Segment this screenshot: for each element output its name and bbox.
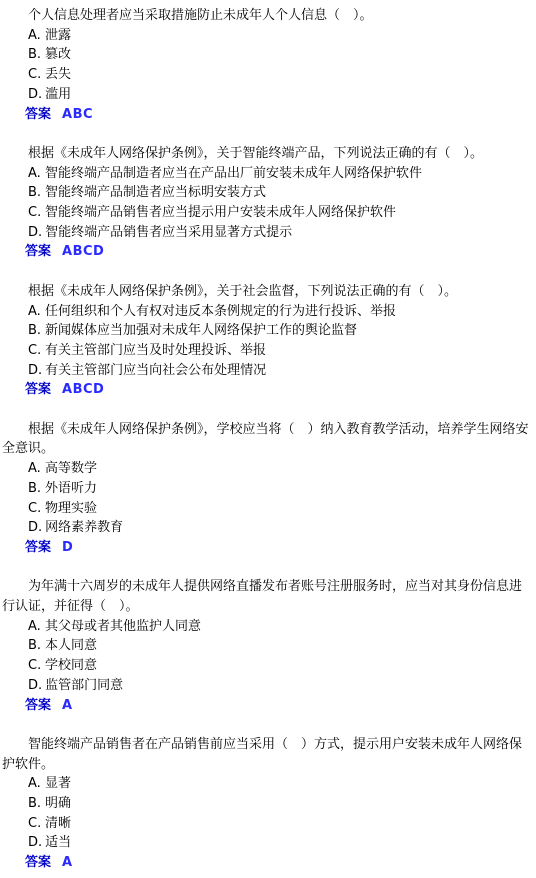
option-text: 篡改: [45, 47, 71, 62]
option-letter: B.: [28, 794, 42, 814]
answer-value: ABCD: [62, 244, 104, 259]
option-line: B.本人同意: [2, 636, 532, 656]
option-letter: D.: [28, 223, 42, 243]
option-letter: A.: [28, 164, 42, 184]
option-text: 网络素养教育: [45, 520, 123, 535]
options-list: A.智能终端产品制造者应当在产品出厂前安装未成年人网络保护软件 B.智能终端产品…: [2, 164, 532, 243]
option-text: 智能终端产品销售者应当提示用户安装未成年人网络保护软件: [45, 205, 396, 220]
option-line: B.智能终端产品制造者应当标明安装方式: [2, 183, 532, 203]
option-line: D.有关主管部门应当向社会公布处理情况: [2, 361, 532, 381]
option-letter: A.: [28, 459, 42, 479]
option-text: 适当: [45, 835, 71, 850]
option-line: C.丢失: [2, 65, 532, 85]
answer-line: 答案D: [2, 538, 532, 558]
option-text: 任何组织和个人有权对违反本条例规定的行为进行投诉、举报: [45, 304, 396, 319]
option-text: 本人同意: [45, 638, 97, 653]
answer-line: 答案ABC: [2, 105, 532, 125]
question-block: 根据《未成年人网络保护条例》，关于社会监督，下列说法正确的有（ ）。 A.任何组…: [2, 282, 532, 400]
option-line: A.智能终端产品制造者应当在产品出厂前安装未成年人网络保护软件: [2, 164, 532, 184]
options-list: A.其父母或者其他监护人同意 B.本人同意 C.学校同意 D.监管部门同意: [2, 617, 532, 696]
option-line: A.高等数学: [2, 459, 532, 479]
question-text: 个人信息处理者应当采取措施防止未成年人个人信息（ ）。: [2, 6, 532, 26]
option-letter: A.: [28, 617, 42, 637]
option-letter: C.: [28, 814, 42, 834]
option-line: D.网络素养教育: [2, 518, 532, 538]
option-line: A.其父母或者其他监护人同意: [2, 617, 532, 637]
option-letter: C.: [28, 341, 42, 361]
answer-value: D: [62, 540, 73, 555]
option-letter: C.: [28, 656, 42, 676]
option-letter: A.: [28, 774, 42, 794]
option-letter: C.: [28, 203, 42, 223]
question-text: 根据《未成年人网络保护条例》，学校应当将（ ）纳入教育教学活动，培养学生网络安全…: [2, 420, 532, 459]
question-block: 为年满十六周岁的未成年人提供网络直播发布者账号注册服务时，应当对其身份信息进行认…: [2, 577, 532, 715]
option-letter: B.: [28, 479, 42, 499]
option-text: 有关主管部门应当向社会公布处理情况: [45, 363, 266, 378]
option-letter: D.: [28, 676, 42, 696]
options-list: A.任何组织和个人有权对违反本条例规定的行为进行投诉、举报 B.新闻媒体应当加强…: [2, 302, 532, 381]
option-text: 监管部门同意: [45, 678, 123, 693]
option-line: D.监管部门同意: [2, 676, 532, 696]
answer-label: 答案: [25, 855, 51, 870]
option-text: 明确: [45, 796, 71, 811]
answer-label: 答案: [25, 698, 51, 713]
answer-line: 答案ABCD: [2, 242, 532, 262]
option-letter: A.: [28, 302, 42, 322]
document-body: 个人信息处理者应当采取措施防止未成年人个人信息（ ）。 A.泄露 B.篡改 C.…: [0, 0, 534, 873]
option-letter: D.: [28, 833, 42, 853]
option-letter: C.: [28, 499, 42, 519]
option-letter: B.: [28, 636, 42, 656]
question-text: 为年满十六周岁的未成年人提供网络直播发布者账号注册服务时，应当对其身份信息进行认…: [2, 577, 532, 616]
option-letter: B.: [28, 183, 42, 203]
option-letter: B.: [28, 321, 42, 341]
option-line: C.物理实验: [2, 499, 532, 519]
option-text: 学校同意: [45, 658, 97, 673]
answer-label: 答案: [25, 540, 51, 555]
option-text: 外语听力: [45, 481, 97, 496]
options-list: A.泄露 B.篡改 C.丢失 D.滥用: [2, 26, 532, 105]
answer-value: ABCD: [62, 382, 104, 397]
option-line: D.滥用: [2, 85, 532, 105]
option-letter: A.: [28, 26, 42, 46]
option-text: 智能终端产品制造者应当在产品出厂前安装未成年人网络保护软件: [45, 166, 422, 181]
question-block: 根据《未成年人网络保护条例》，关于智能终端产品，下列说法正确的有（ ）。 A.智…: [2, 144, 532, 262]
option-line: A.泄露: [2, 26, 532, 46]
option-letter: D.: [28, 361, 42, 381]
option-text: 新闻媒体应当加强对未成年人网络保护工作的舆论监督: [45, 323, 357, 338]
answer-label: 答案: [25, 107, 51, 122]
question-text: 根据《未成年人网络保护条例》，关于智能终端产品，下列说法正确的有（ ）。: [2, 144, 532, 164]
option-letter: D.: [28, 518, 42, 538]
answer-line: 答案A: [2, 853, 532, 873]
option-line: A.任何组织和个人有权对违反本条例规定的行为进行投诉、举报: [2, 302, 532, 322]
option-line: B.篡改: [2, 45, 532, 65]
option-letter: B.: [28, 45, 42, 65]
option-text: 丢失: [45, 67, 71, 82]
option-text: 智能终端产品销售者应当采用显著方式提示: [45, 225, 292, 240]
option-text: 其父母或者其他监护人同意: [45, 619, 201, 634]
option-text: 显著: [45, 776, 71, 791]
question-text: 根据《未成年人网络保护条例》，关于社会监督，下列说法正确的有（ ）。: [2, 282, 532, 302]
option-line: B.外语听力: [2, 479, 532, 499]
option-letter: D.: [28, 85, 42, 105]
options-list: A.显著 B.明确 C.清晰 D.适当: [2, 774, 532, 853]
question-block: 智能终端产品销售者在产品销售前应当采用（ ）方式，提示用户安装未成年人网络保护软…: [2, 735, 532, 873]
options-list: A.高等数学 B.外语听力 C.物理实验 D.网络素养教育: [2, 459, 532, 538]
answer-value: A: [62, 698, 73, 713]
option-line: B.新闻媒体应当加强对未成年人网络保护工作的舆论监督: [2, 321, 532, 341]
option-text: 清晰: [45, 816, 71, 831]
option-line: C.清晰: [2, 814, 532, 834]
option-line: D.智能终端产品销售者应当采用显著方式提示: [2, 223, 532, 243]
option-text: 滥用: [45, 87, 71, 102]
option-text: 物理实验: [45, 501, 97, 516]
answer-label: 答案: [25, 244, 51, 259]
option-line: B.明确: [2, 794, 532, 814]
option-text: 智能终端产品制造者应当标明安装方式: [45, 185, 266, 200]
option-text: 有关主管部门应当及时处理投诉、举报: [45, 343, 266, 358]
option-line: C.有关主管部门应当及时处理投诉、举报: [2, 341, 532, 361]
question-text: 智能终端产品销售者在产品销售前应当采用（ ）方式，提示用户安装未成年人网络保护软…: [2, 735, 532, 774]
option-letter: C.: [28, 65, 42, 85]
answer-value: ABC: [62, 107, 93, 122]
option-line: C.学校同意: [2, 656, 532, 676]
option-text: 泄露: [45, 28, 71, 43]
question-block: 个人信息处理者应当采取措施防止未成年人个人信息（ ）。 A.泄露 B.篡改 C.…: [2, 6, 532, 124]
answer-line: 答案A: [2, 696, 532, 716]
option-line: C.智能终端产品销售者应当提示用户安装未成年人网络保护软件: [2, 203, 532, 223]
answer-value: A: [62, 855, 73, 870]
answer-line: 答案ABCD: [2, 380, 532, 400]
option-line: D.适当: [2, 833, 532, 853]
option-text: 高等数学: [45, 461, 97, 476]
answer-label: 答案: [25, 382, 51, 397]
question-block: 根据《未成年人网络保护条例》，学校应当将（ ）纳入教育教学活动，培养学生网络安全…: [2, 420, 532, 558]
option-line: A.显著: [2, 774, 532, 794]
